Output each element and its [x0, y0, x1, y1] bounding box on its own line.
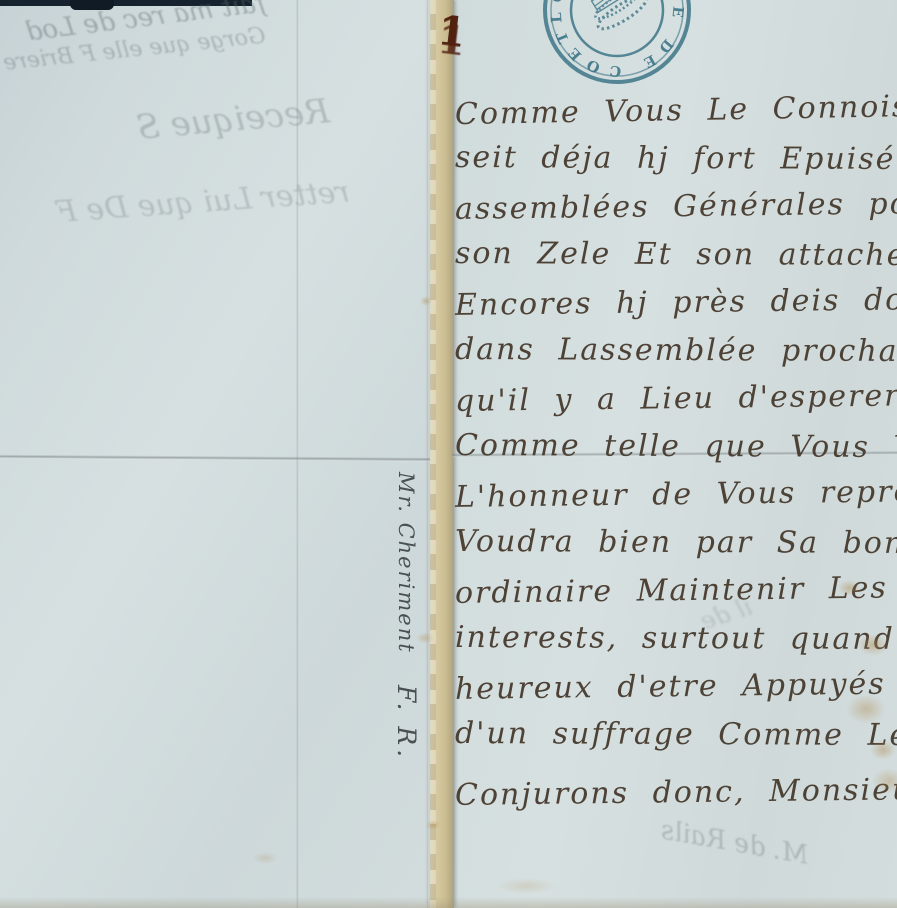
letter-line: ordinaire Maintenir Les droi — [455, 565, 897, 619]
fold-strip — [428, 0, 454, 908]
letter-line: heureux d'etre Appuyés Aup — [455, 661, 897, 715]
letter-line: Comme Vous Le Connoisse — [455, 84, 897, 140]
paper-bottom-edge — [0, 897, 897, 908]
letter-photograph: ÉCOLE DE COETLOGON 1 Comme Vous Le Conno… — [0, 0, 897, 908]
letter-line: Comme telle que Vous Venou — [455, 423, 897, 473]
stain-spot — [838, 580, 860, 596]
margin-annotation: Mr. Cheriment F. R. — [392, 472, 421, 852]
letter-line: interests, surtout quand il — [455, 615, 897, 665]
letter-line: assemblées Générales pour tem — [455, 181, 897, 235]
letter-line: seit déja hj fort Epuisé dan — [455, 135, 897, 185]
margin-annotation-initials: F. R. — [392, 685, 421, 761]
fold-crease — [296, 0, 299, 908]
stain-spot — [252, 852, 278, 864]
letter-line: Conjurons donc, Monsieur, de — [455, 767, 897, 821]
letter-body: Comme Vous Le Connoisse seit déja hj for… — [455, 88, 897, 818]
letter-line: son Zele Et son attachemen — [455, 231, 897, 281]
letter-line: L'honneur de Vous represente — [455, 469, 897, 523]
letter-line: dans Lassemblée prochaine, d — [455, 327, 897, 377]
stain-spot — [858, 634, 888, 656]
ink-stamp: ÉCOLE DE COETLOGON — [532, 0, 702, 90]
page-number-ink-mark: 1 — [435, 6, 468, 56]
stain-spot — [870, 740, 896, 760]
letter-line: d'un suffrage Comme Le votre — [455, 711, 897, 761]
stain-spot — [496, 878, 556, 894]
stain-spot — [420, 296, 432, 306]
stamp-coronet-emblem-icon — [579, 0, 650, 34]
stain-spot — [846, 694, 886, 724]
letter-line: qu'il y a Lieu d'esperer que da — [455, 373, 897, 427]
stain-spot — [426, 820, 440, 830]
letter-line: Encores hj près deis donner des — [455, 277, 897, 331]
margin-annotation-name: Mr. Cheriment — [394, 472, 418, 654]
stamp-legend: ÉCOLE DE COETLOGON — [548, 0, 687, 80]
letter-line: Voudra bien par Sa bonté Et p — [455, 519, 897, 569]
stain-spot — [416, 632, 434, 644]
stamp-inner-ring — [571, 0, 663, 56]
